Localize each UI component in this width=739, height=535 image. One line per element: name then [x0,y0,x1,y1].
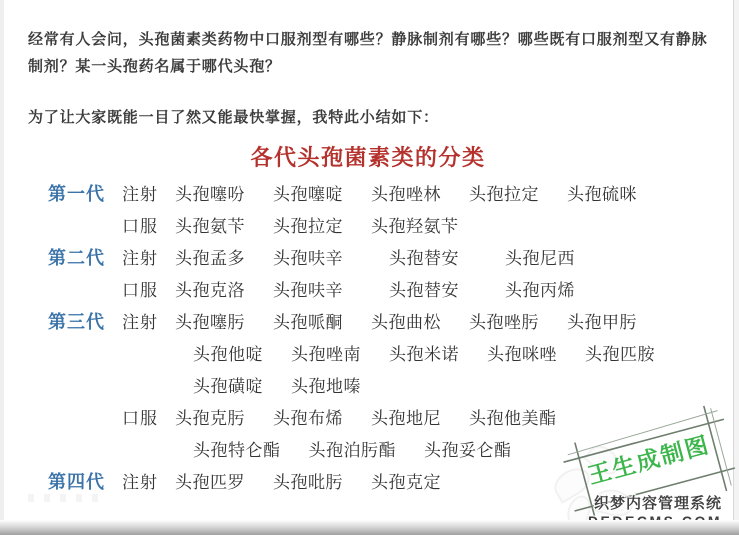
drug-name: 头孢唑南 [291,339,361,371]
intro-paragraph-2: 为了让大家既能一目了然又能最快掌握，我特此小结如下： [28,104,713,131]
drug-name: 头孢羟氨苄 [371,211,459,243]
drug-name: 头孢匹罗 [175,467,245,499]
generation-label: 第二代 [48,243,122,275]
drug-name: 头孢布烯 [273,403,343,435]
table-title: 各代头孢菌素类的分类 [28,143,708,173]
drug-name: 头孢泊肟酯 [309,435,397,467]
table-row: 第三代注射头孢噻肟头孢哌酮头孢曲松头孢唑肟头孢甲肟 [28,307,709,339]
route-label: 口服 [122,211,175,243]
drug-name: 头孢吡肟 [273,467,343,499]
drug-name: 头孢匹胺 [585,339,655,371]
drug-name: 头孢克洛 [175,275,245,307]
drug-list: 头孢特仑酯头孢泊肟酯头孢妥仑酯 [193,435,512,467]
drug-name: 头孢克定 [371,467,441,499]
drug-list: 头孢噻肟头孢哌酮头孢曲松头孢唑肟头孢甲肟 [175,307,637,339]
drug-name: 头孢唑肟 [469,307,539,339]
table-row: 口服头孢克洛头孢呋辛头孢替安头孢丙烯 [28,275,709,307]
drug-name: 头孢咪唑 [487,339,557,371]
faint-smudge [28,494,108,502]
drug-name: 头孢孟多 [175,243,245,275]
drug-list: 头孢克洛头孢呋辛头孢替安头孢丙烯 [175,275,575,307]
table-row: 头孢磺啶头孢地嗪 [28,371,709,403]
table-row: 口服头孢氨苄头孢拉定头孢羟氨苄 [28,211,709,243]
generation-label: 第一代 [48,179,122,211]
drug-name: 头孢噻肟 [175,307,245,339]
cms-watermark-line1: 织梦内容管理系统 [588,496,722,512]
generation-label: 第三代 [48,307,122,339]
route-label: 口服 [122,275,175,307]
drug-name: 头孢甲肟 [567,307,637,339]
drug-name: 头孢地嗪 [291,371,361,403]
drug-name: 头孢尼西 [505,243,575,275]
drug-name: 头孢地尼 [371,403,441,435]
drug-name: 头孢他啶 [193,339,263,371]
drug-name: 头孢曲松 [371,307,441,339]
route-label: 口服 [122,403,175,435]
table-row: 第一代注射头孢噻吩头孢噻啶头孢唑林头孢拉定头孢硫咪 [28,179,709,211]
page-edge-bottom [0,520,739,535]
drug-name: 头孢呋辛 [273,243,343,275]
drug-name: 头孢拉定 [469,179,539,211]
route-label: 注射 [122,243,175,275]
drug-list: 头孢克肟头孢布烯头孢地尼头孢他美酯 [175,403,557,435]
intro-section: 经常有人会问，头孢菌素类药物中口服剂型有哪些？静脉制剂有哪些？哪些既有口服剂型又… [28,26,709,131]
drug-name: 头孢哌酮 [273,307,343,339]
intro-paragraph-1: 经常有人会问，头孢菌素类药物中口服剂型有哪些？静脉制剂有哪些？哪些既有口服剂型又… [28,26,713,80]
route-label: 注射 [122,307,175,339]
drug-list: 头孢孟多头孢呋辛头孢替安头孢尼西 [175,243,575,275]
drug-list: 头孢噻吩头孢噻啶头孢唑林头孢拉定头孢硫咪 [175,179,637,211]
drug-name: 头孢米诺 [389,339,459,371]
drug-name: 头孢磺啶 [193,371,263,403]
drug-name: 头孢他美酯 [469,403,557,435]
drug-name: 头孢妥仑酯 [424,435,512,467]
drug-name: 头孢特仑酯 [193,435,281,467]
drug-name: 头孢克肟 [175,403,245,435]
drug-name: 头孢氨苄 [175,211,245,243]
drug-name: 头孢噻吩 [175,179,245,211]
drug-name: 头孢唑林 [371,179,441,211]
drug-name: 头孢呋辛 [273,275,343,307]
drug-name: 头孢替安 [389,275,459,307]
table-row: 头孢他啶头孢唑南头孢米诺头孢咪唑头孢匹胺 [28,339,709,371]
route-label: 注射 [122,179,175,211]
drug-name: 头孢替安 [389,243,459,275]
drug-list: 头孢匹罗头孢吡肟头孢克定 [175,467,441,499]
drug-name: 头孢拉定 [273,211,343,243]
drug-list: 头孢磺啶头孢地嗪 [193,371,361,403]
drug-name: 头孢硫咪 [567,179,637,211]
drug-name: 头孢噻啶 [273,179,343,211]
table-row: 第二代注射头孢孟多头孢呋辛头孢替安头孢尼西 [28,243,709,275]
route-label: 注射 [122,467,175,499]
drug-list: 头孢他啶头孢唑南头孢米诺头孢咪唑头孢匹胺 [193,339,655,371]
drug-name: 头孢丙烯 [505,275,575,307]
drug-list: 头孢氨苄头孢拉定头孢羟氨苄 [175,211,459,243]
